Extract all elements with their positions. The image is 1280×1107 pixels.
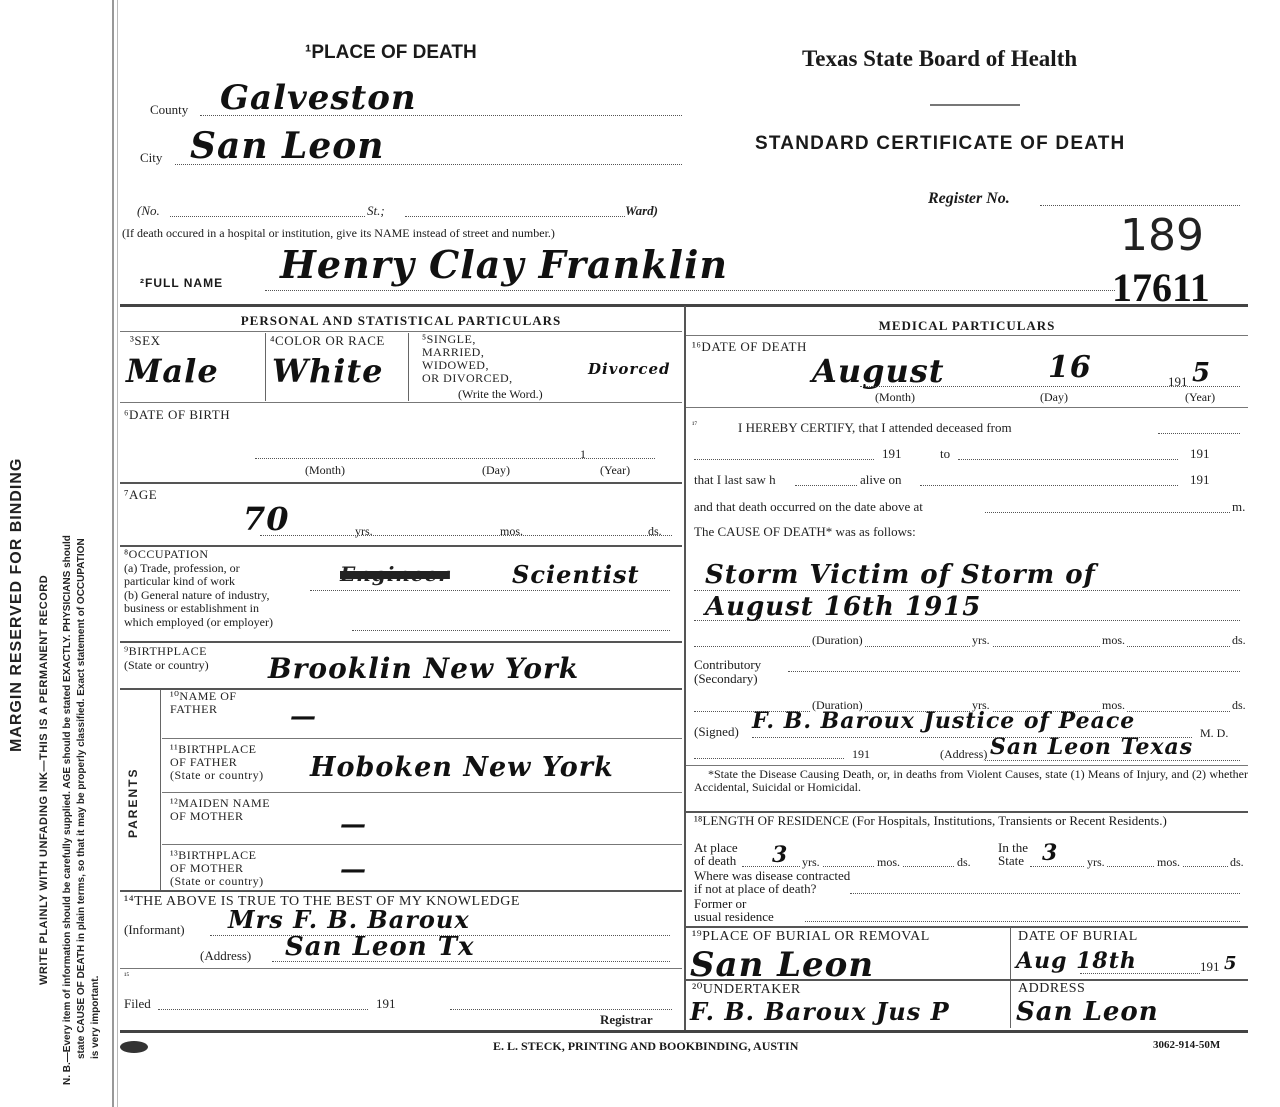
- secondary-label: (Secondary): [694, 672, 761, 686]
- father-name-value: —: [290, 702, 317, 732]
- duration-line-1: [694, 646, 1240, 647]
- undertaker-address-label: ADDRESS: [1018, 981, 1085, 997]
- occupation-label: ⁸OCCUPATION: [124, 548, 273, 562]
- age-value: 70: [243, 500, 290, 538]
- certify-line-3b: alive on: [860, 472, 902, 488]
- certify-line-3c: 191: [1190, 472, 1210, 488]
- death-year-suffix: 5: [1192, 358, 1211, 388]
- marital-value: Divorced: [588, 360, 671, 378]
- occupation-labels: ⁸OCCUPATION (a) Trade, profession, or pa…: [124, 548, 273, 629]
- sex-label: ³SEX: [130, 333, 160, 349]
- full-name-value: Henry Clay Franklin: [280, 242, 728, 287]
- occupation-a2-label: particular kind of work: [124, 575, 273, 589]
- father-birthplace-value: Hoboken New York: [310, 752, 614, 783]
- birthplace-labels: ⁹BIRTHPLACE (State or country): [124, 644, 209, 672]
- duration-mos-1: mos.: [1100, 633, 1127, 648]
- margin-write-plainly: WRITE PLAINLY WITH UNFADING INK—THIS IS …: [38, 575, 50, 985]
- contributory-line: [788, 671, 1240, 672]
- cause-footnote: *State the Disease Causing Death, or, in…: [694, 768, 1248, 794]
- date-of-death-label: ¹⁶DATE OF DEATH: [692, 339, 807, 355]
- age-yrs: yrs.: [355, 524, 373, 539]
- county-label: County: [150, 102, 188, 118]
- age-label: ⁷AGE: [124, 487, 157, 503]
- birthplace-hint: (State or country): [124, 658, 209, 672]
- full-name-label: ²FULL NAME: [140, 276, 223, 290]
- cause-label: The CAUSE OF DEATH* was as follows:: [694, 524, 916, 540]
- registrar-label: Registrar: [600, 1012, 653, 1028]
- sig-address-label: (Address): [940, 747, 987, 762]
- at-place-line: [742, 866, 972, 867]
- cause-line-1-value: Storm Victim of Storm of: [705, 560, 1096, 590]
- state-yrs-value: 3: [1042, 840, 1058, 866]
- certificate-title: STANDARD CERTIFICATE OF DEATH: [755, 133, 1125, 155]
- binding-margin: MARGIN RESERVED FOR BINDING WRITE PLAINL…: [0, 0, 110, 1107]
- margin-rule: [112, 0, 114, 1107]
- of-death-label: of death: [694, 854, 738, 867]
- filed-year: 191: [376, 996, 396, 1012]
- medical-rule-2: [686, 765, 1248, 766]
- mother-birthplace-value: —: [340, 855, 367, 885]
- age-ds: ds.: [648, 524, 662, 539]
- register-label: Register No.: [928, 190, 1010, 208]
- row-rule-4: [120, 641, 682, 643]
- marital-hint: (Write the Word.): [458, 387, 543, 402]
- state-ds: ds.: [1228, 855, 1246, 870]
- certify-year-1: 191: [882, 446, 902, 462]
- parents-divider: [160, 690, 161, 890]
- burial-divider: [1010, 928, 1011, 1028]
- contracted-label-2: if not at place of death?: [694, 882, 850, 895]
- age-line: [260, 535, 672, 536]
- county-value: Galveston: [220, 78, 417, 118]
- filed-line: [158, 1009, 368, 1010]
- marital-label: ⁵SINGLE, MARRIED, WIDOWED, OR DIVORCED,: [422, 333, 513, 385]
- birthplace-label: ⁹BIRTHPLACE: [124, 644, 209, 658]
- bottom-rule: [120, 1030, 1248, 1033]
- personal-section-title: PERSONAL AND STATISTICAL PARTICULARS: [120, 313, 682, 329]
- burial-place-label: ¹⁹PLACE OF BURIAL OR REMOVAL: [692, 929, 930, 945]
- occupation-b-line: [352, 630, 670, 631]
- state-yrs: yrs.: [1085, 855, 1107, 870]
- city-label: City: [140, 150, 162, 166]
- race-label: ⁴COLOR OR RACE: [270, 333, 385, 349]
- register-line: [1040, 205, 1240, 206]
- row-rule-10: [120, 968, 682, 969]
- dob-month-label: (Month): [305, 463, 345, 478]
- father-birthplace-labels: ¹¹BIRTHPLACE OF FATHER (State or country…: [170, 743, 264, 782]
- mother-birthplace-hint: (State or country): [170, 875, 264, 888]
- registrar-line: [450, 1009, 672, 1010]
- medical-rule-4: [686, 926, 1248, 928]
- margin-rule-inner: [117, 0, 118, 1107]
- burial-year-prefix: 191: [1200, 959, 1220, 975]
- certify-date-line-2: [958, 459, 1178, 460]
- personal-title-rule: [120, 331, 682, 332]
- medical-rule-1: [686, 407, 1248, 408]
- certify-line-3a: that I last saw h: [694, 472, 776, 488]
- burial-date-line: [1080, 973, 1200, 974]
- alive-on-line: [920, 485, 1178, 486]
- occupation-a-label: (a) Trade, profession, or: [124, 562, 273, 576]
- cause-line-1: [694, 590, 1240, 591]
- burial-year-suffix: 5: [1224, 953, 1238, 974]
- form-code: 3062-914-50M: [1153, 1039, 1220, 1051]
- at-place-labels: At place of death: [694, 841, 738, 867]
- informant-label: (Informant): [124, 922, 185, 938]
- certify-date-line-1: [694, 459, 874, 460]
- death-year-prefix: 191: [1168, 374, 1188, 390]
- md-label: M. D.: [1200, 726, 1228, 741]
- birthplace-value: Brooklin New York: [268, 652, 579, 685]
- state-label: State: [998, 854, 1028, 867]
- signed-date-line: [694, 758, 844, 759]
- header-divider: [930, 104, 1020, 106]
- former-residence-labels: Former or usual residence: [694, 897, 774, 923]
- mother-name-labels: ¹²MAIDEN NAME OF MOTHER: [170, 797, 270, 823]
- undertaker-address-value: San Leon: [1016, 997, 1159, 1027]
- residence-label: ¹⁸LENGTH OF RESIDENCE (For Hospitals, In…: [694, 814, 1248, 827]
- union-label-icon: [120, 1041, 148, 1053]
- row-rule-9: [120, 890, 682, 892]
- row-rule-7: [162, 792, 682, 793]
- city-value: San Leon: [190, 125, 384, 167]
- occupation-a-line: [310, 590, 670, 591]
- street-label: St.;: [367, 203, 385, 219]
- mother-birthplace-labels: ¹³BIRTHPLACE OF MOTHER (State or country…: [170, 849, 264, 888]
- sex-value: Male: [126, 352, 219, 390]
- medical-title-rule: [686, 335, 1248, 336]
- state-mos: mos.: [1155, 855, 1182, 870]
- ward-label: Ward): [625, 203, 658, 219]
- certify-year-2: 191: [1190, 446, 1210, 462]
- at-place-mos: mos.: [875, 855, 902, 870]
- street-no-label: (No.: [137, 203, 160, 219]
- medical-section-title: MEDICAL PARTICULARS: [686, 318, 1248, 334]
- row-rule-6: [162, 738, 682, 739]
- contributory-label: Contributory: [694, 658, 761, 672]
- duration-ds-2: ds.: [1230, 698, 1248, 713]
- signed-value: F. B. Baroux Justice of Peace: [752, 708, 1135, 734]
- row-rule-2: [120, 482, 682, 484]
- death-day-label: (Day): [1040, 390, 1068, 405]
- margin-note-3: is very important.: [90, 976, 101, 1085]
- duration-yrs-1: yrs.: [970, 633, 992, 648]
- signed-year: 191: [852, 747, 870, 762]
- father-name-labels: ¹⁰NAME OF FATHER: [170, 690, 237, 716]
- ward-line: [405, 216, 625, 217]
- street-no-line: [170, 216, 365, 217]
- at-place-yrs-value: 3: [772, 842, 788, 868]
- death-date-line: [860, 386, 1240, 387]
- column-divider: [684, 306, 686, 1030]
- undertaker-value: F. B. Baroux Jus P: [690, 997, 950, 1026]
- dob-line: [255, 458, 655, 459]
- margin-binding-text: MARGIN RESERVED FOR BINDING: [8, 458, 26, 752]
- informant-address-value: San Leon Tx: [285, 932, 475, 962]
- marital-label-4: OR DIVORCED,: [422, 372, 513, 385]
- death-time-line: [985, 512, 1230, 513]
- informant-value: Mrs F. B. Baroux: [228, 905, 470, 934]
- certify-line-4: and that death occurred on the date abov…: [694, 499, 923, 515]
- cause-line-2-value: August 16th 1915: [705, 592, 981, 622]
- last-saw-line: [795, 485, 857, 486]
- hospital-note: (If death occured in a hospital or insti…: [122, 226, 555, 241]
- sig-address-value: San Leon Texas: [990, 734, 1193, 760]
- dob-label: ⁶DATE OF BIRTH: [124, 407, 230, 423]
- row-rule-1: [120, 402, 682, 403]
- former-label-2: usual residence: [694, 910, 774, 923]
- at-place-ds: ds.: [955, 855, 973, 870]
- race-marital-divider: [408, 333, 409, 401]
- row-rule-8: [162, 844, 682, 845]
- certify-to: to: [940, 446, 950, 462]
- occupation-b2-label: business or establishment in: [124, 602, 273, 616]
- duration-ds-1: ds.: [1230, 633, 1248, 648]
- father-name-label-2: FATHER: [170, 703, 237, 716]
- margin-note-2: state CAUSE OF DEATH in plain terms, so …: [76, 538, 87, 1085]
- full-name-line: [265, 290, 1115, 291]
- race-value: White: [272, 352, 384, 390]
- dob-year-label: (Year): [600, 463, 630, 478]
- sex-race-divider: [265, 333, 266, 401]
- burial-date-value: Aug 18th: [1016, 948, 1137, 974]
- contracted-line: [850, 893, 1240, 894]
- printer-credit: E. L. STECK, PRINTING AND BOOKBINDING, A…: [493, 1039, 798, 1054]
- signed-label: (Signed): [694, 724, 739, 740]
- in-state-line: [1030, 866, 1240, 867]
- mother-name-value: —: [340, 810, 367, 840]
- place-of-death-title: ¹PLACE OF DEATH: [305, 42, 477, 64]
- age-mos: mos.: [500, 524, 523, 539]
- in-state-labels: In the State: [998, 841, 1028, 867]
- occupation-b3-label: which employed (or employer): [124, 616, 273, 630]
- former-residence-line: [805, 921, 1240, 922]
- board-title: Texas State Board of Health: [802, 46, 1077, 72]
- occupation-struck: Engineer: [340, 562, 450, 586]
- duration-label-1: (Duration): [810, 633, 865, 648]
- certify-num: ¹⁷: [692, 420, 697, 429]
- certify-line-4-end: m.: [1232, 499, 1245, 515]
- dob-day-label: (Day): [482, 463, 510, 478]
- filed-label: Filed: [124, 996, 151, 1012]
- informant-address-label: (Address): [200, 948, 251, 964]
- file-number-top: 189: [1120, 210, 1204, 261]
- contracted-labels: Where was disease contracted if not at p…: [694, 869, 850, 895]
- father-birthplace-hint: (State or country): [170, 769, 264, 782]
- dob-year-prefix: 1: [580, 447, 586, 462]
- burial-date-label: DATE OF BURIAL: [1018, 929, 1138, 945]
- contributory-labels: Contributory (Secondary): [694, 658, 761, 686]
- sig-address-line: [985, 760, 1240, 761]
- death-day: 16: [1048, 350, 1092, 385]
- filed-num: ¹⁵: [124, 971, 129, 980]
- death-month-label: (Month): [875, 390, 915, 405]
- death-month: August: [812, 352, 945, 390]
- certify-from-line: [1158, 433, 1240, 434]
- occupation-value: Scientist: [512, 560, 640, 589]
- mother-name-label-2: OF MOTHER: [170, 810, 270, 823]
- undertaker-label: ²⁰UNDERTAKER: [692, 981, 801, 998]
- certify-line-1: I HEREBY CERTIFY, that I attended deceas…: [738, 420, 1012, 436]
- parents-label: PARENTS: [126, 768, 140, 838]
- occupation-b-label: (b) General nature of industry,: [124, 589, 273, 603]
- death-year-label: (Year): [1185, 390, 1215, 405]
- margin-note-1: N. B.—Every item of information should b…: [62, 535, 73, 1085]
